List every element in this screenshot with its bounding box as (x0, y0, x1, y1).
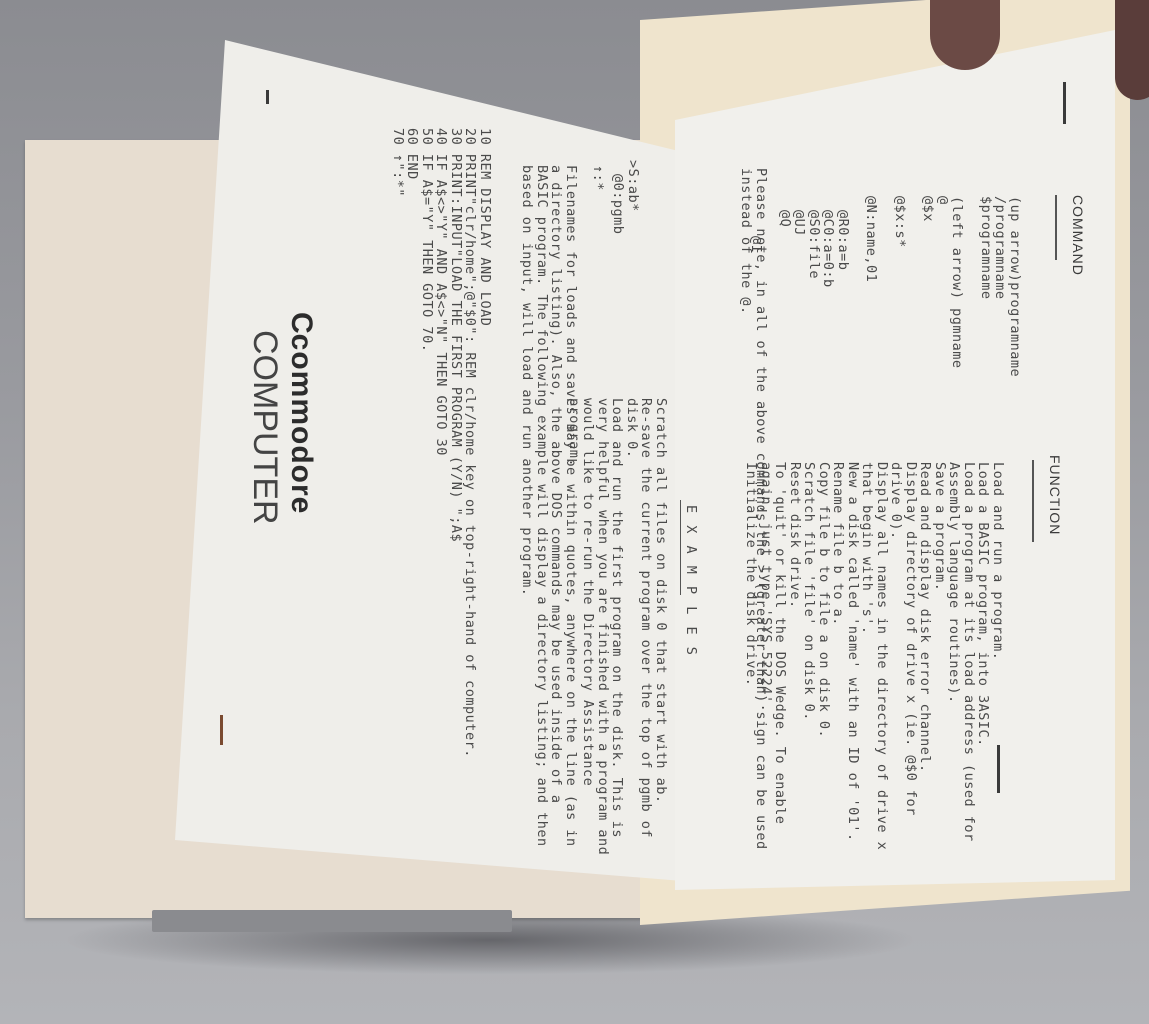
staple-mark (266, 90, 269, 104)
basic-listing: 10 REM DISPLAY AND LOAD20 PRINT"clr/home… (391, 128, 493, 758)
basic-line: 20 PRINT"clr/home";@"$0": REM clr/home k… (463, 128, 478, 758)
function-heading: FUNCTION (1048, 455, 1063, 535)
heading-rule (1032, 460, 1034, 542)
example-description: Re-save the current program over the top… (625, 398, 654, 858)
basic-line: 70 ↑":*" (391, 128, 406, 758)
command-item: @$x (921, 196, 936, 377)
command-item: (left arrow) pgmname (950, 196, 965, 377)
booklet-spine-edge (152, 910, 512, 932)
command-list: (up arrow)programname/programname$progra… (749, 196, 1022, 377)
function-list: Load and run a program.Load a BASIC prog… (744, 462, 1005, 862)
note-text: Please note, in all of the above command… (739, 168, 768, 858)
filenames-paragraph: Filenames for loads and saves may be wit… (520, 165, 578, 855)
commodore-logo: Ccommodore COMPUTER (245, 312, 318, 525)
command-item: @ (936, 196, 951, 377)
function-item: Load and run a program. (991, 462, 1006, 862)
command-item: /programname (993, 196, 1008, 377)
example-command: >S:ab* (626, 160, 641, 234)
command-item: @S0:file (807, 196, 822, 377)
command-heading: COMMAND (1071, 195, 1086, 276)
function-item: Display directory of drive x (ie. @$0 fo… (889, 462, 918, 862)
command-item: @$x:s* (893, 196, 908, 377)
staple (1063, 82, 1066, 124)
basic-line: 50 IF A$="Y" THEN GOTO 70. (420, 128, 435, 758)
command-item: @N:name,01 (864, 196, 879, 377)
function-item: Copy file b to file a on disk 0. (817, 462, 832, 862)
command-item: (up arrow)programname (1008, 196, 1023, 377)
function-item: Save a program. (933, 462, 948, 862)
basic-line: 60 END (405, 128, 420, 758)
command-item: @UJ (792, 196, 807, 377)
function-item: Load a BASIC program, into 3ASIC. (976, 462, 991, 862)
heading-rule (1055, 195, 1057, 260)
function-item: New a disk called 'name' with an ID of '… (846, 462, 861, 862)
function-item: Display all names in the directory of dr… (860, 462, 889, 862)
heading-rule (680, 500, 681, 595)
example-command: @0:pgmb (611, 160, 626, 234)
finger (930, 0, 1000, 70)
example-description: Scratch all files on disk 0 that start w… (654, 398, 669, 858)
command-item: $programname (979, 196, 994, 377)
command-item: @Q (778, 196, 793, 377)
commodore-logo-icon: C (285, 312, 318, 334)
example-commands: >S:ab*@0:pgmb (611, 160, 640, 234)
basic-line: 30 PRINT:INPUT"LOAD THE FIRST PROGRAM (Y… (449, 128, 464, 758)
examples-heading: E X A M P L E S (684, 505, 699, 657)
basic-line: 40 IF A$<>"Y" AND A$<>"N" THEN GOTO 30 (434, 128, 449, 758)
command-item: @R0:a=b (836, 196, 851, 377)
example-command: ↑:* (591, 165, 606, 191)
basic-line: 10 REM DISPLAY AND LOAD (478, 128, 493, 758)
function-item: Rename file b to a. (831, 462, 846, 862)
function-item: Reset disk drive. (788, 462, 803, 862)
commodore-subtitle: COMPUTER (245, 312, 284, 525)
function-item: Read and display disk error channel. (918, 462, 933, 862)
command-item: @C0:a=0:b (821, 196, 836, 377)
function-item: Scratch file 'file' on disk 0. (802, 462, 817, 862)
commodore-wordmark: commodore (285, 334, 318, 515)
example-descriptions: Scratch all files on disk 0 that start w… (567, 398, 669, 858)
finger (1115, 0, 1149, 100)
staple-mark (220, 715, 223, 745)
function-item: Load a program at its load address (used… (947, 462, 976, 862)
